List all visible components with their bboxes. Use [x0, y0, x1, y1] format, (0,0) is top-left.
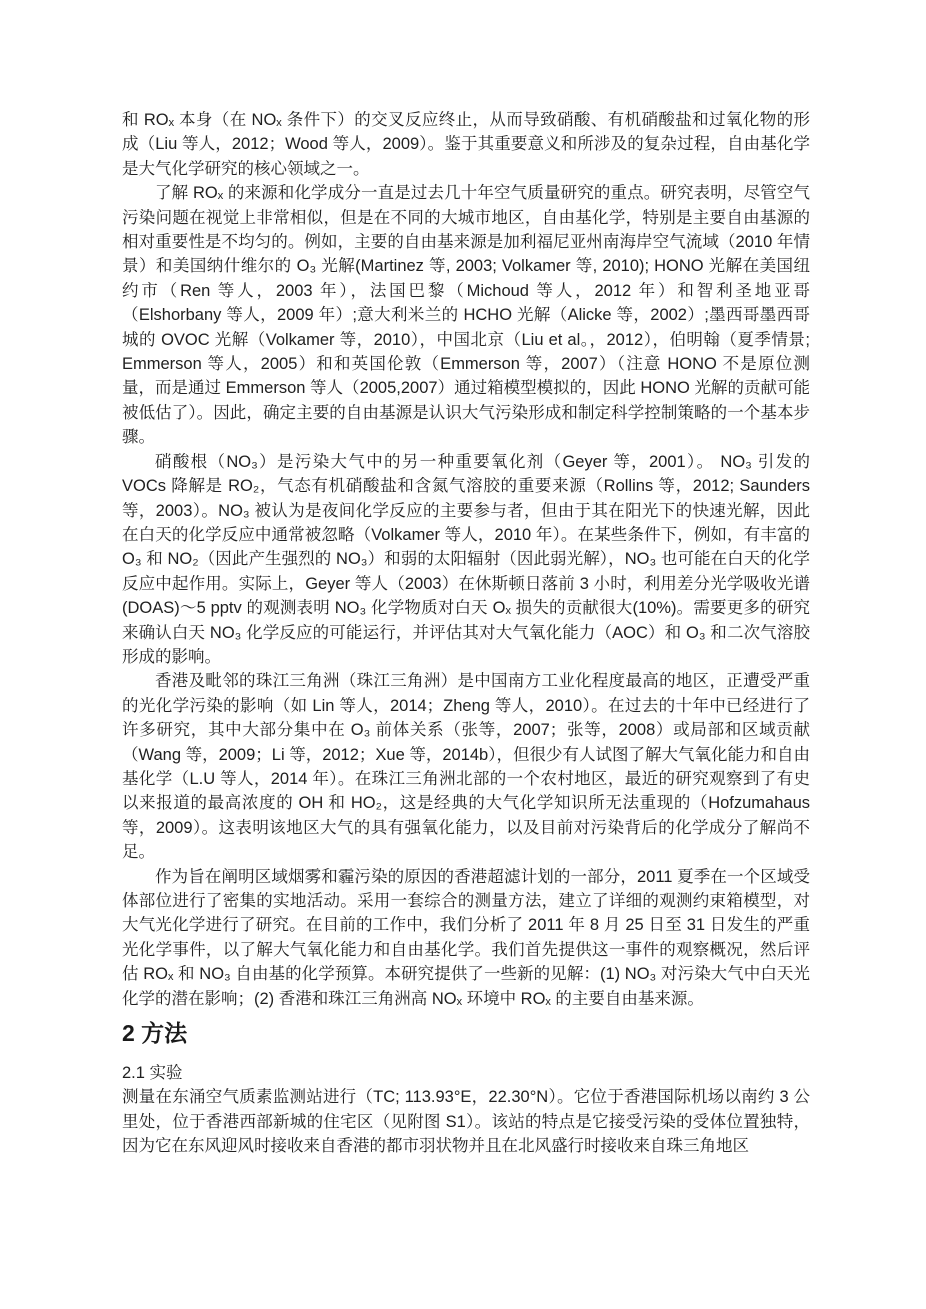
- document-page: 和 ROₓ 本身（在 NOₓ 条件下）的交叉反应终止，从而导致硝酸、有机硝酸盐和…: [0, 0, 926, 1309]
- body-paragraph: 测量在东涌空气质素监测站进行（TC; 113.93°E，22.30°N）。它位于…: [122, 1085, 810, 1158]
- document-body: 和 ROₓ 本身（在 NOₓ 条件下）的交叉反应终止，从而导致硝酸、有机硝酸盐和…: [122, 108, 810, 1159]
- section-heading-methods: 2 方法: [122, 1018, 810, 1048]
- body-paragraph: 香港及毗邻的珠江三角洲（珠江三角洲）是中国南方工业化程度最高的地区，正遭受严重的…: [122, 669, 810, 864]
- body-paragraph: 和 ROₓ 本身（在 NOₓ 条件下）的交叉反应终止，从而导致硝酸、有机硝酸盐和…: [122, 108, 810, 181]
- body-paragraph: 作为旨在阐明区域烟雾和霾污染的原因的香港超滤计划的一部分，2011 夏季在一个区…: [122, 865, 810, 1011]
- body-paragraph: 了解 ROₓ 的来源和化学成分一直是过去几十年空气质量研究的重点。研究表明，尽管…: [122, 181, 810, 449]
- subsection-heading-experiment: 2.1 实验: [122, 1061, 810, 1085]
- body-paragraph: 硝酸根（NO₃）是污染大气中的另一种重要氧化剂（Geyer 等，2001）。 N…: [122, 450, 810, 670]
